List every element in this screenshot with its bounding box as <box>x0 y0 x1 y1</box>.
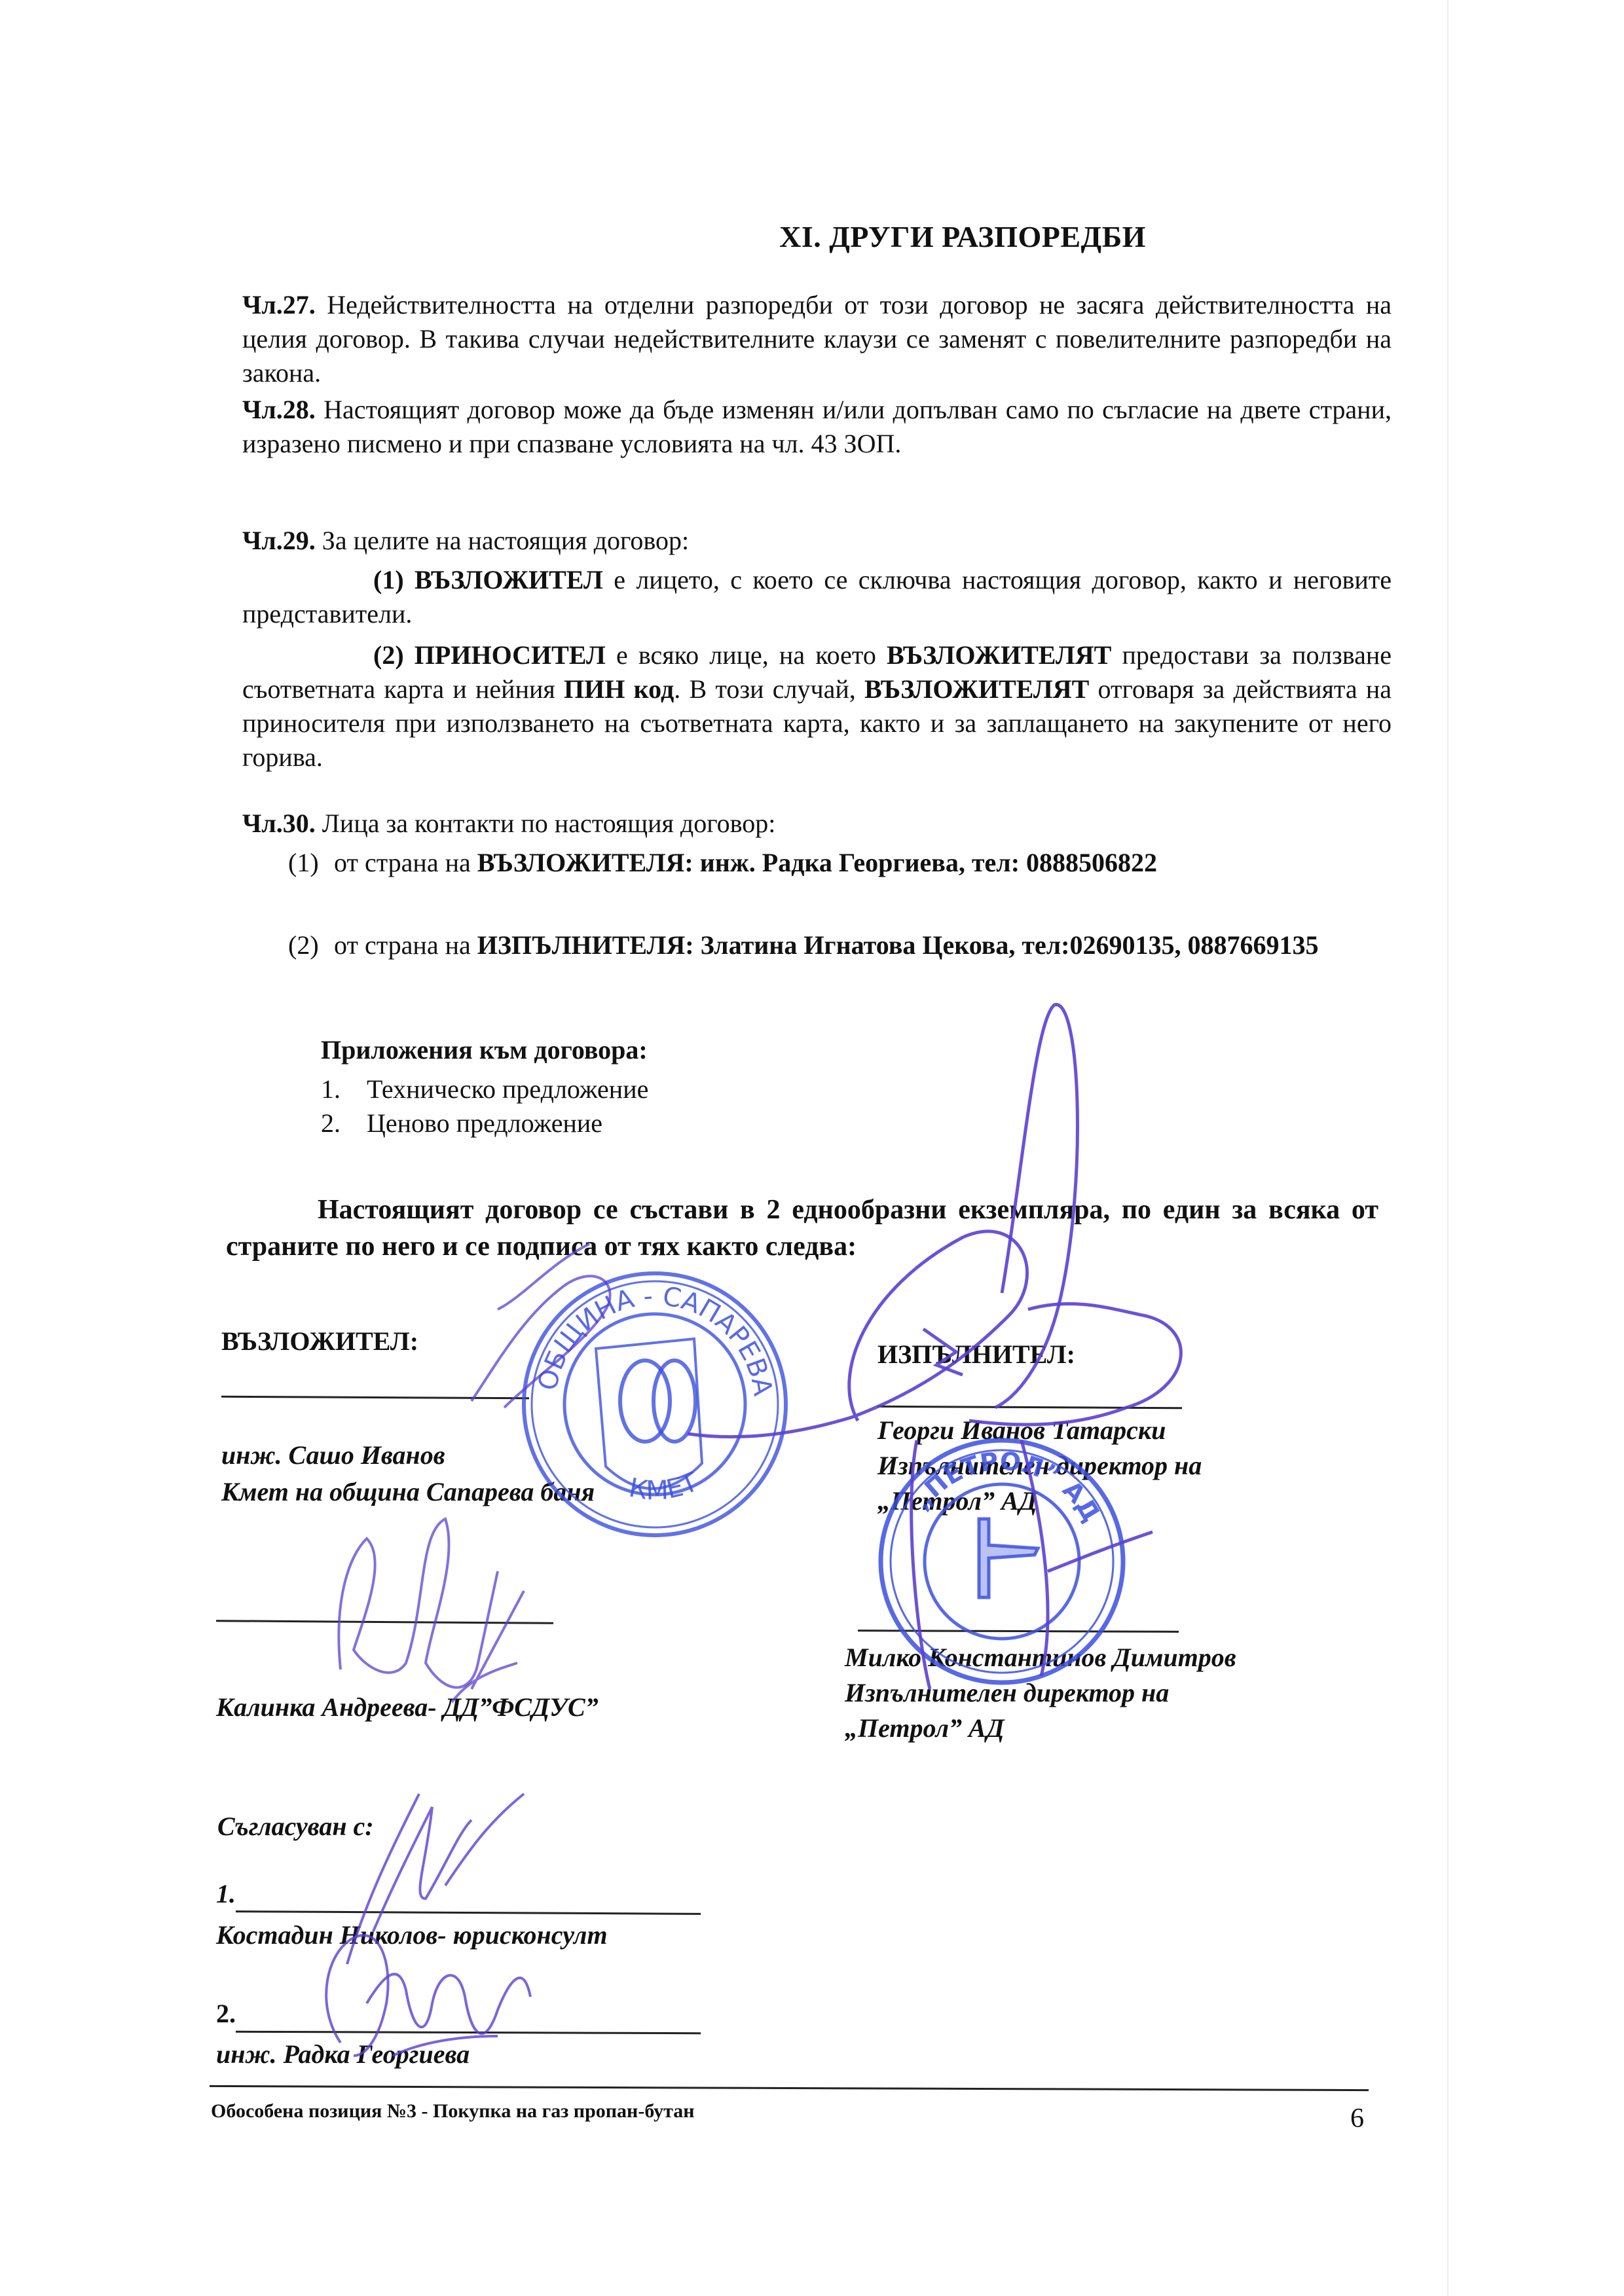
signer-name: Георги Иванов Татарски <box>877 1413 1202 1448</box>
document-page: XI. ДРУГИ РАЗПОРЕДБИ Чл.27. Недействител… <box>0 0 1624 2296</box>
agreed-number-2: 2. <box>216 1995 236 2032</box>
defined-term: ВЪЗЛОЖИТЕЛ <box>415 565 603 594</box>
signer-company: „Петрол” АД <box>845 1711 1236 1746</box>
annex-label: Ценово предложение <box>367 1108 602 1138</box>
annexes-title: Приложения към договора: <box>321 1034 648 1065</box>
contractor-signer-1: Георги Иванов Татарски Изпълнителен дире… <box>877 1413 1202 1519</box>
assignor-signer-2: Калинка Андреева- ДД”ФСДУС” <box>216 1689 599 1726</box>
agreed-signature-line-2 <box>236 2031 701 2034</box>
item-number: (1) <box>373 565 404 594</box>
article-text: За целите на настоящия договор: <box>322 526 689 555</box>
annex-number: 1. <box>321 1074 367 1104</box>
definition-text: е всяко лице, на което <box>616 640 876 670</box>
defined-term: ПРИНОСИТЕЛ <box>415 640 606 670</box>
section-title: XI. ДРУГИ РАЗПОРЕДБИ <box>151 219 1624 254</box>
contractor-signature-line-1 <box>877 1406 1182 1409</box>
signer-name: инж. Сашо Иванов <box>221 1437 595 1474</box>
article-label: Чл.28. <box>242 395 316 424</box>
item-number: (2) <box>373 640 404 670</box>
contact-prefix: от страна на <box>334 848 471 877</box>
article-30: Чл.30. Лица за контакти по настоящия дог… <box>242 807 1392 841</box>
contact-prefix: от страна на <box>334 930 471 960</box>
scan-edge-line <box>1447 0 1449 2296</box>
contact-party: ИЗПЪЛНИТЕЛЯ: <box>477 930 694 960</box>
contact-party: ВЪЗЛОЖИТЕЛЯ: <box>477 848 693 877</box>
annex-number: 2. <box>321 1108 367 1139</box>
annex-item: 2.Ценово предложение <box>321 1108 602 1139</box>
signer-company: „Петрол” АД <box>877 1484 1202 1519</box>
article-text: Недействителността на отделни разпоредби… <box>242 290 1392 388</box>
definition-text: . В този случай, <box>674 674 856 704</box>
contact-details: инж. Радка Георгиева, тел: 0888506822 <box>700 848 1157 877</box>
svg-text:КМЕТ: КМЕТ <box>627 1467 703 1506</box>
article-label: Чл.30. <box>242 809 316 838</box>
defined-term: ПИН код <box>564 674 674 704</box>
mayor-signature-icon <box>471 1244 610 1408</box>
agreed-signer-1: Костадин Николов- юрисконсулт <box>216 1917 608 1954</box>
assignor-heading: ВЪЗЛОЖИТЕЛ: <box>221 1326 418 1357</box>
article-label: Чл.29. <box>242 526 316 555</box>
closing-statement: Настоящият договор се състави в 2 еднооб… <box>226 1192 1378 1265</box>
contact-number: (2) <box>288 928 319 962</box>
article-27: Чл.27. Недействителността на отделни раз… <box>242 288 1392 390</box>
footer-text: Обособена позиция №3 - Покупка на газ пр… <box>211 2100 695 2123</box>
article-29-item-2: (2) ПРИНОСИТЕЛ е всяко лице, на което ВЪ… <box>242 638 1392 774</box>
contact-number: (1) <box>288 846 319 880</box>
article-28: Чл.28. Настоящият договор може да бъде и… <box>242 393 1392 461</box>
annex-item: 1.Техническо предложение <box>321 1074 648 1104</box>
signer-role: Изпълнителен директор на <box>845 1675 1236 1711</box>
signer-role: Изпълнителен директор на <box>877 1448 1202 1484</box>
article-label: Чл.27. <box>242 290 316 319</box>
contact-assignor: (1) от страна на ВЪЗЛОЖИТЕЛЯ: инж. Радка… <box>334 846 1392 880</box>
footer-rule <box>210 2085 1369 2091</box>
contractor-signature-line-2 <box>858 1630 1179 1633</box>
page-number: 6 <box>1350 2103 1364 2134</box>
article-text: Настоящият договор може да бъде изменян … <box>242 395 1392 458</box>
assignor-signature-line-1 <box>221 1396 529 1399</box>
signer-name: Калинка Андреева- ДД”ФСДУС” <box>216 1689 599 1726</box>
kalinka-signature-icon <box>339 1519 524 1702</box>
agreed-signature-line-1 <box>236 1910 701 1915</box>
assignor-signature-line-2 <box>216 1620 553 1624</box>
article-29-item-1: (1) ВЪЗЛОЖИТЕЛ е лицето, с което се склю… <box>242 563 1392 631</box>
annex-label: Техническо предложение <box>367 1074 648 1104</box>
assignor-signer-1: инж. Сашо Иванов Кмет на община Сапарева… <box>221 1437 595 1510</box>
article-text: Лица за контакти по настоящия договор: <box>322 809 776 838</box>
agreed-number-1: 1. <box>216 1876 236 1912</box>
signer-name: Милко Константинов Димитров <box>845 1640 1236 1675</box>
agreed-heading: Съгласуван с: <box>217 1808 374 1845</box>
defined-term: ВЪЗЛОЖИТЕЛЯТ <box>864 674 1089 704</box>
signer-role: Кмет на община Сапарева баня <box>221 1474 595 1510</box>
contractor-signer-2: Милко Константинов Димитров Изпълнителен… <box>845 1640 1236 1746</box>
contact-contractor: (2) от страна на ИЗПЪЛНИТЕЛЯ: Златина Иг… <box>334 928 1392 962</box>
article-29: Чл.29. За целите на настоящия договор: <box>242 524 1392 558</box>
defined-term: ВЪЗЛОЖИТЕЛЯТ <box>887 640 1111 670</box>
contractor-heading: ИЗПЪЛНИТЕЛ: <box>877 1339 1075 1370</box>
contact-details: Златина Игнатова Цекова, тел:02690135, 0… <box>701 930 1319 960</box>
agreed-signer-2: инж. Радка Георгиева <box>216 2036 470 2073</box>
